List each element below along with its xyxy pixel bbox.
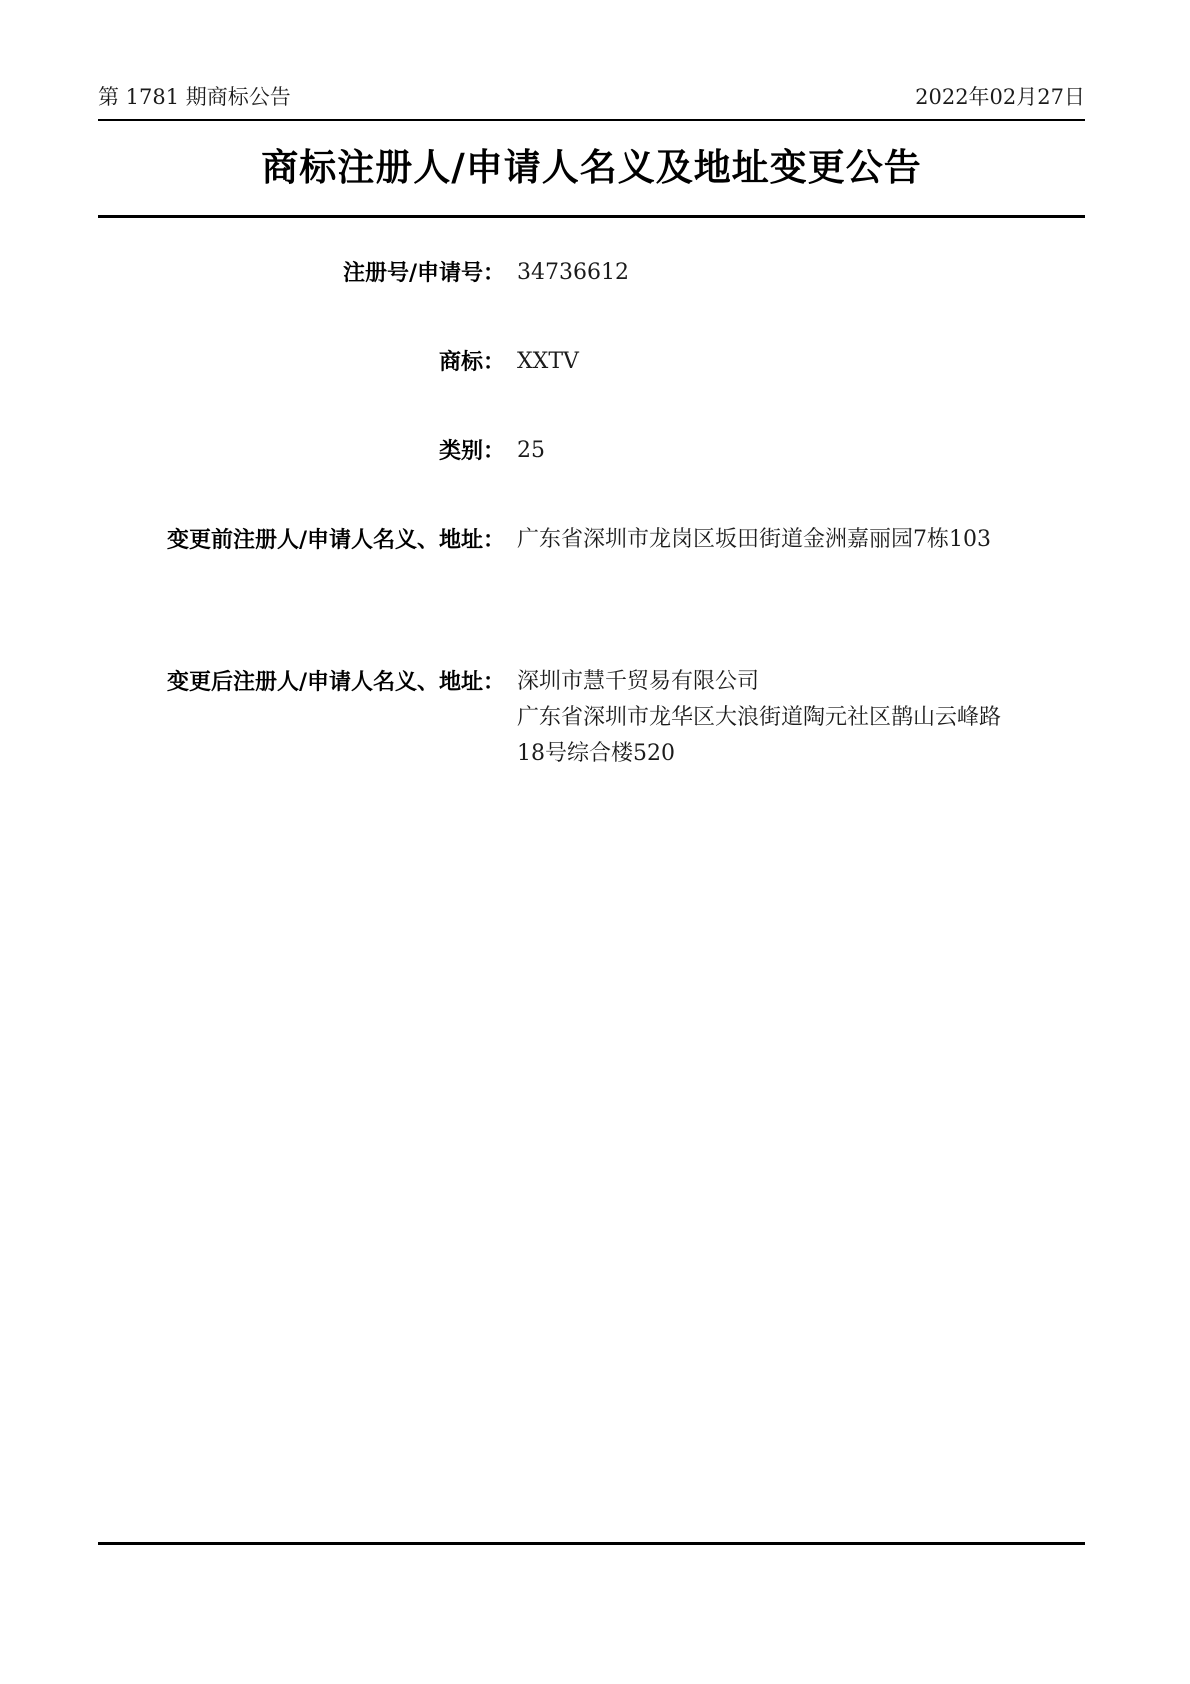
field-value-line: 广东省深圳市龙华区大浪街道陶元社区鹊山云峰路 (517, 700, 1085, 736)
field-value-line: 34736612 (517, 255, 1085, 291)
field-label: 商标： (98, 344, 505, 380)
page-title: 商标注册人/申请人名义及地址变更公告 (98, 143, 1085, 191)
title-divider (98, 215, 1085, 218)
gazette-page: 第 1781 期商标公告 2022年02月27日 商标注册人/申请人名义及地址变… (0, 0, 1190, 1684)
field-value: 25 (517, 433, 1085, 469)
footer-divider (98, 1542, 1085, 1545)
header-divider (98, 119, 1085, 121)
field-row: 变更后注册人/申请人名义、地址：深圳市慧千贸易有限公司广东省深圳市龙华区大浪街道… (98, 664, 1085, 772)
field-label: 变更后注册人/申请人名义、地址： (98, 664, 505, 700)
field-value: 34736612 (517, 255, 1085, 291)
field-row: 变更前注册人/申请人名义、地址：广东省深圳市龙岗区坂田街道金洲嘉丽园7栋103 (98, 522, 1085, 558)
announcement-fields: 注册号/申请号：34736612商标：XXTV类别：25变更前注册人/申请人名义… (98, 255, 1085, 772)
field-label: 变更前注册人/申请人名义、地址： (98, 522, 505, 558)
gazette-issue-label: 第 1781 期商标公告 (98, 84, 291, 111)
field-value-line: 深圳市慧千贸易有限公司 (517, 664, 1085, 700)
field-row: 注册号/申请号：34736612 (98, 255, 1085, 291)
gazette-date-label: 2022年02月27日 (915, 84, 1085, 111)
field-value: 广东省深圳市龙岗区坂田街道金洲嘉丽园7栋103 (517, 522, 1085, 558)
field-label: 类别： (98, 433, 505, 469)
field-value: XXTV (517, 344, 1085, 380)
field-row: 类别：25 (98, 433, 1085, 469)
field-value-line: 18号综合楼520 (517, 736, 1085, 772)
field-value-line: XXTV (517, 344, 1085, 380)
field-row: 商标：XXTV (98, 344, 1085, 380)
page-header: 第 1781 期商标公告 2022年02月27日 (98, 84, 1085, 111)
field-value: 深圳市慧千贸易有限公司广东省深圳市龙华区大浪街道陶元社区鹊山云峰路18号综合楼5… (517, 664, 1085, 772)
field-value-line: 广东省深圳市龙岗区坂田街道金洲嘉丽园7栋103 (517, 522, 1085, 558)
field-value-line: 25 (517, 433, 1085, 469)
field-label: 注册号/申请号： (98, 255, 505, 291)
